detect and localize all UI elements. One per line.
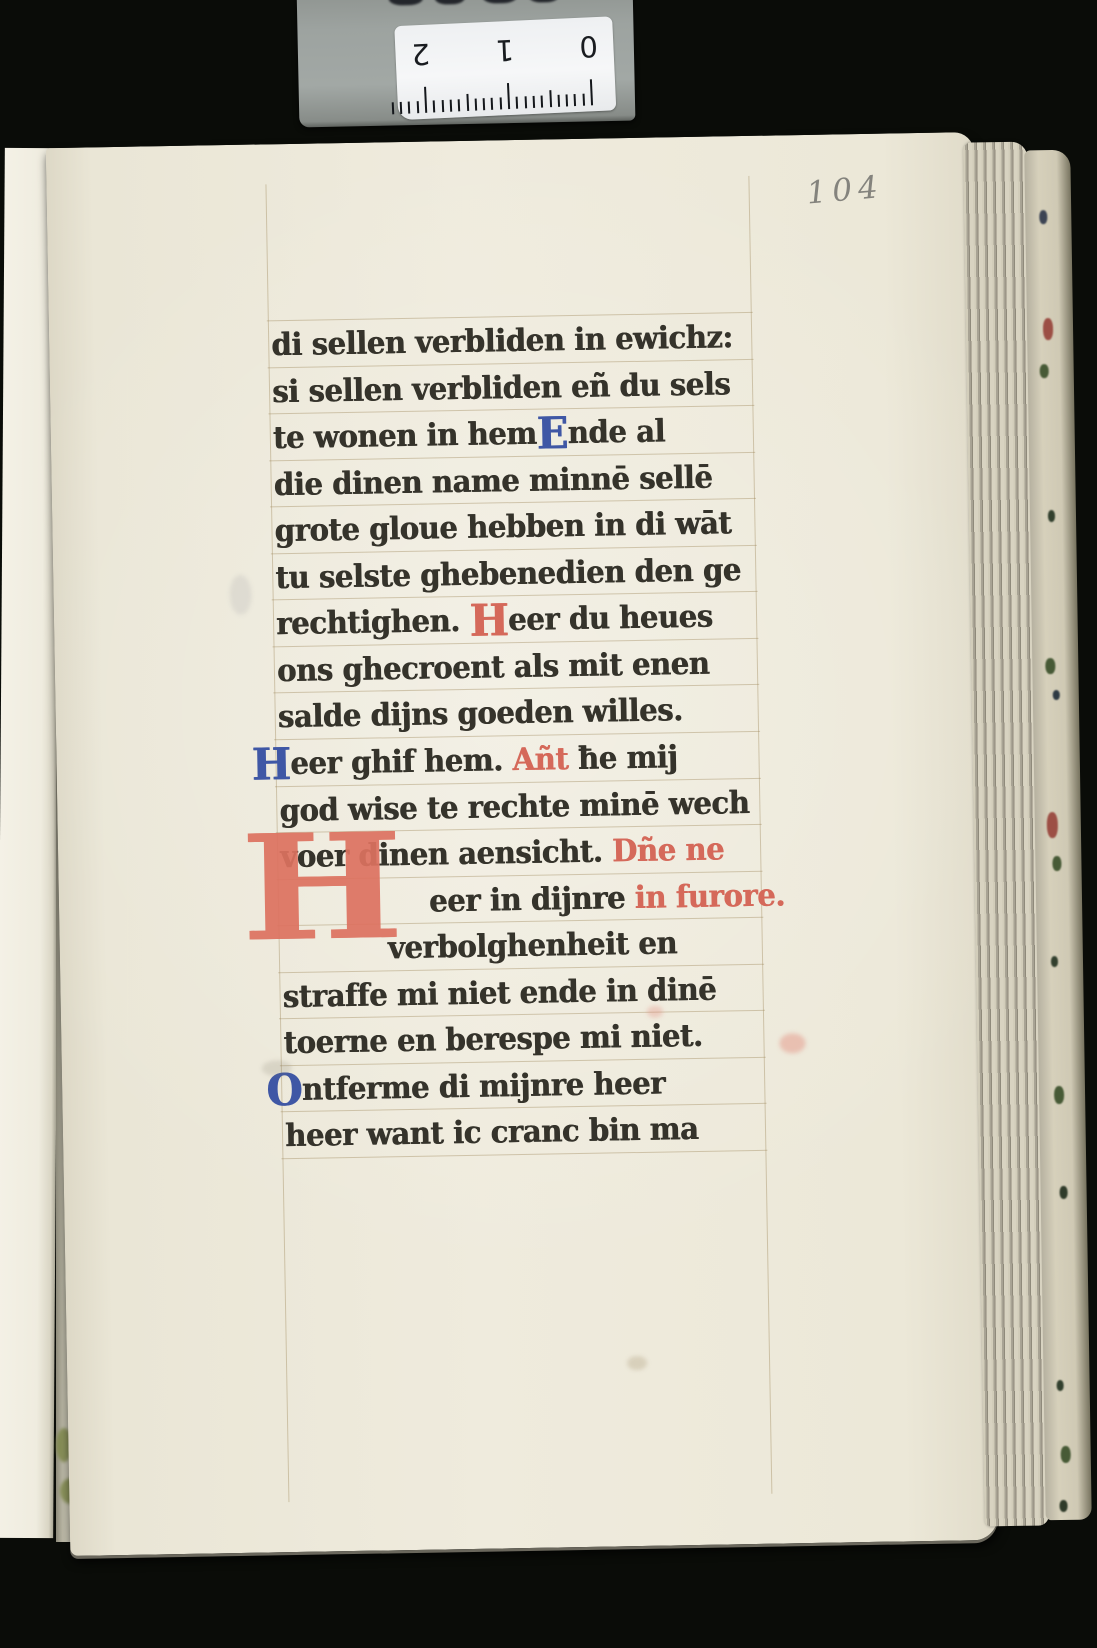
text-segment: grote gloue hebben in di wāt [274, 505, 731, 549]
ruler-label-2: 2 [411, 37, 431, 72]
ruler-tick [392, 102, 395, 114]
text-segment: salde dijns goeden willes. [277, 693, 682, 736]
ruler-marking-blob [483, 0, 517, 4]
illuminated-initial: H [469, 596, 508, 648]
ruler-label-0: 0 [579, 29, 599, 64]
text-line: eer in dijnre in furore. [429, 872, 786, 924]
fore-edge-decoration-fleck [1047, 812, 1058, 838]
text-segment: die dinen name minnē sellē [273, 459, 712, 503]
manuscript-page: 104 di sellen verbliden in ewichz:si sel… [46, 132, 998, 1556]
text-line: verbolghenheit en [387, 920, 677, 971]
text-segment: verbolghenheit en [387, 925, 677, 966]
text-segment: rechtighen. [276, 603, 470, 642]
text-block: di sellen verbliden in ewichz:si sellen … [46, 132, 974, 148]
rubric-segment: Dñe ne [612, 832, 725, 870]
fore-edge-decoration-fleck [1059, 1500, 1067, 1512]
folio-number: 104 [805, 169, 885, 212]
ruler-label-1: 1 [495, 33, 515, 68]
text-line: salde dijns goeden willes. [277, 688, 683, 741]
ruler-tick [566, 94, 569, 106]
text-segment: toerne en berespe mi niet. [283, 1018, 703, 1061]
rubric-segment: in furore. [634, 877, 785, 916]
ruler-tick [549, 90, 552, 107]
fore-edge-decoration-fleck [1039, 210, 1047, 224]
ruler-tick [499, 97, 502, 109]
ruler-tick [400, 102, 403, 114]
fore-edge-decoration-fleck [1051, 956, 1058, 967]
rubric-segment: Añt [512, 741, 578, 778]
text-segment: eer du heues [508, 599, 713, 639]
fore-edge-decoration-fleck [1052, 856, 1061, 871]
illuminated-initial: E [536, 408, 568, 460]
text-line: si sellen verbliden eñ du sels [272, 361, 731, 415]
illuminated-initial: H [251, 739, 290, 791]
text-segment: te wonen in hem [273, 416, 537, 457]
text-line: te wonen in hemEnde al [272, 409, 665, 462]
ruler-tick [433, 100, 436, 112]
fore-edge-decoration-fleck [1043, 318, 1053, 340]
text-segment: eer ghif hem. [290, 742, 513, 782]
text-segment: ħe mij [578, 739, 678, 777]
parchment-stain [627, 1356, 647, 1370]
ruler-tick [416, 101, 419, 113]
pigment-stain [779, 1033, 805, 1053]
dropcap-initial: H [240, 830, 403, 946]
fore-edge-decoration-fleck [1060, 1186, 1068, 1199]
text-line: die dinen name minnē sellē [273, 454, 712, 508]
ruler-tick [474, 99, 477, 111]
ruler: 2 1 0 [297, 0, 636, 128]
fore-edge-decoration-fleck [1048, 510, 1055, 522]
text-line: tu selste ghebenedien den ge [275, 547, 741, 601]
ruler-tick [557, 95, 560, 107]
ruler-scale-sticker: 2 1 0 [394, 16, 616, 120]
ruler-tick [524, 96, 527, 108]
ruler-tick [483, 98, 486, 110]
ruler-marking-blob [389, 0, 423, 6]
ruler-tick [582, 94, 585, 106]
ruler-tick [574, 94, 577, 106]
photograph-scene: 2 1 0 104 di sellen verbliden in ewichz:… [0, 0, 1097, 1648]
ruler-tick [458, 99, 461, 111]
show-through-smudge [229, 575, 252, 615]
text-segment: di sellen verbliden in ewichz: [271, 319, 733, 363]
ruler-tick [450, 100, 453, 112]
text-line: toerne en berespe mi niet. [283, 1013, 703, 1066]
fore-edge-decoration-fleck [1061, 1446, 1071, 1463]
fore-edge-decoration-fleck [1054, 1086, 1064, 1104]
text-line: Ontferme di mijnre heer [266, 1060, 665, 1113]
text-line: di sellen verbliden in ewichz: [271, 314, 733, 368]
text-line: ons ghecroent als mit enen [277, 641, 710, 695]
text-segment: tu selste ghebenedien den ge [275, 552, 741, 596]
ruler-tick [532, 96, 535, 108]
ruler-tick [466, 94, 469, 111]
ruling-lines [46, 132, 974, 148]
fore-edge-decoration-fleck [1040, 364, 1049, 378]
ruler-tick [424, 87, 427, 113]
text-line: grote gloue hebben in di wāt [274, 500, 731, 554]
text-line: Heer ghif hem. Añt ħe mij [251, 734, 678, 787]
text-segment: heer want ic cranc bin ma [285, 1111, 699, 1154]
ruler-tick [507, 83, 510, 109]
fore-edge-decoration-fleck [1045, 658, 1055, 674]
ruler-tick [441, 100, 444, 112]
ruler-marking-blob [529, 0, 559, 3]
text-line: rechtighen. Heer du heues [276, 594, 713, 648]
ruler-tick [408, 102, 411, 114]
text-segment: si sellen verbliden eñ du sels [272, 366, 731, 410]
fore-edge-decoration-fleck [1057, 1380, 1064, 1391]
ruler-tick [590, 79, 593, 105]
text-segment: ons ghecroent als mit enen [277, 646, 710, 690]
ruler-tick [491, 98, 494, 110]
text-segment: eer in dijnre [429, 880, 635, 920]
text-segment: nde al [567, 414, 665, 452]
ruler-tick [541, 96, 544, 108]
ruler-tick [516, 97, 519, 109]
ruler-ticks [394, 16, 612, 26]
text-line: heer want ic cranc bin ma [285, 1106, 699, 1159]
ruling-vertical-right [748, 176, 772, 1494]
ruler-marking-blob [435, 0, 465, 5]
text-segment: ntferme di mijnre heer [301, 1065, 665, 1107]
fore-edge-decoration-fleck [1053, 690, 1060, 700]
